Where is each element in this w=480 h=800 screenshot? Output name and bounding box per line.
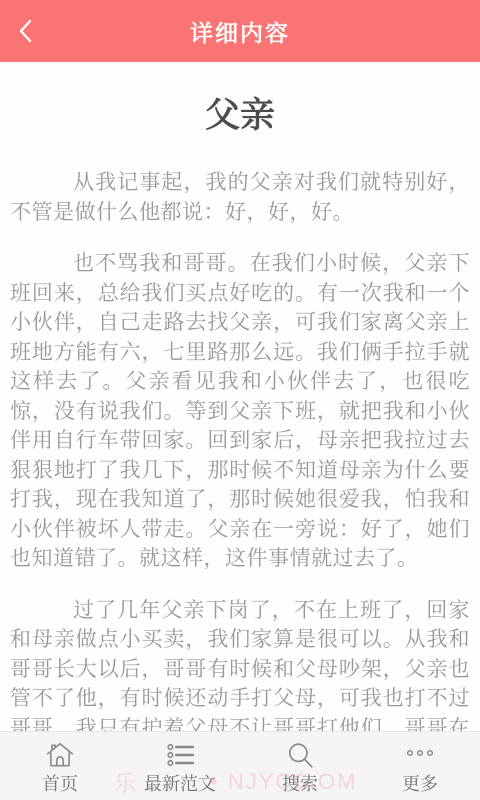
page-title: 详细内容 (190, 15, 290, 48)
app-screen: 详细内容 父亲 从我记事起，我的父亲对我们就特别好，不管是做什么他都说：好，好，… (0, 0, 480, 800)
article-paragraph: 也不骂我和哥哥。在我们小时候，父亲下班回来，总给我们买点好吃的。有一次我和一个小… (10, 249, 470, 574)
nav-label-home: 首页 (42, 774, 78, 794)
header-bar: 详细内容 (0, 0, 480, 62)
article-paragraph: 过了几年父亲下岗了，不在上班了，回家和母亲做点小买卖，我们家算是很可以。从我和哥… (10, 596, 470, 732)
more-icon (403, 740, 437, 770)
article-paragraph: 从我记事起，我的父亲对我们就特别好，不管是做什么他都说：好，好，好。 (10, 168, 470, 227)
article-title: 父亲 (10, 96, 470, 136)
nav-item-more[interactable]: 更多 (360, 732, 480, 800)
list-icon (164, 740, 196, 770)
nav-label-more: 更多 (402, 774, 438, 794)
search-icon (285, 740, 315, 770)
nav-item-search[interactable]: 搜索 (240, 732, 360, 800)
back-chevron-icon (18, 19, 32, 43)
home-icon (45, 740, 75, 770)
back-button[interactable] (18, 0, 62, 62)
nav-label-latest: 最新范文 (144, 774, 216, 794)
nav-item-latest[interactable]: 最新范文 (120, 732, 240, 800)
bottom-nav: 首页 最新范文 搜索 (0, 731, 480, 800)
nav-item-home[interactable]: 首页 (0, 732, 120, 800)
article-content[interactable]: 父亲 从我记事起，我的父亲对我们就特别好，不管是做什么他都说：好，好，好。 也不… (0, 62, 480, 731)
nav-label-search: 搜索 (282, 774, 318, 794)
